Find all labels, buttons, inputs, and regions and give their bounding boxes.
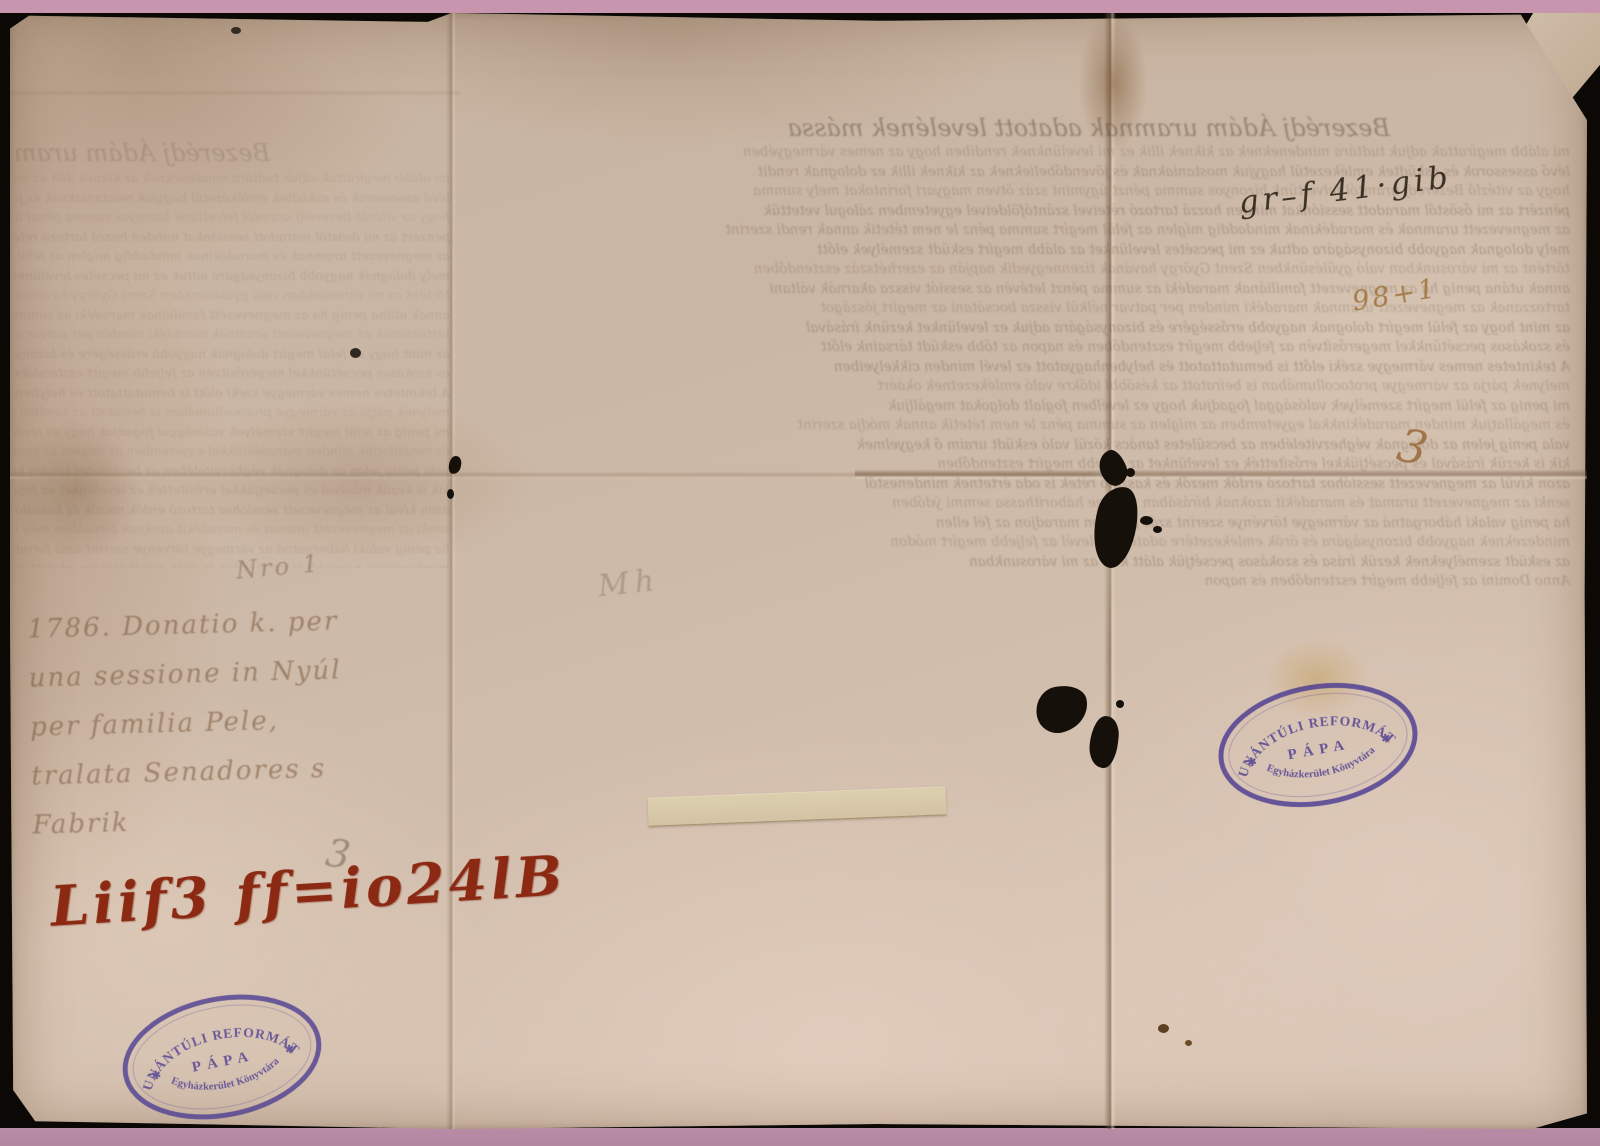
brown-speck — [1158, 1024, 1169, 1033]
parchment-sheet — [10, 13, 1587, 1129]
ink-speck — [231, 27, 241, 34]
scanner-border-top — [0, 0, 1600, 13]
ink-speck — [350, 348, 361, 358]
scanner-border-bottom — [0, 1128, 1600, 1146]
ink-speck — [1116, 700, 1124, 708]
ink-speck — [1140, 516, 1153, 525]
scanned-document-page: { "archival_marks": { "mark_inverted": "… — [0, 0, 1600, 1146]
brown-speck — [1185, 1040, 1192, 1046]
ink-speck — [1126, 468, 1135, 477]
ink-speck — [447, 489, 454, 499]
ink-speck — [1153, 526, 1162, 533]
